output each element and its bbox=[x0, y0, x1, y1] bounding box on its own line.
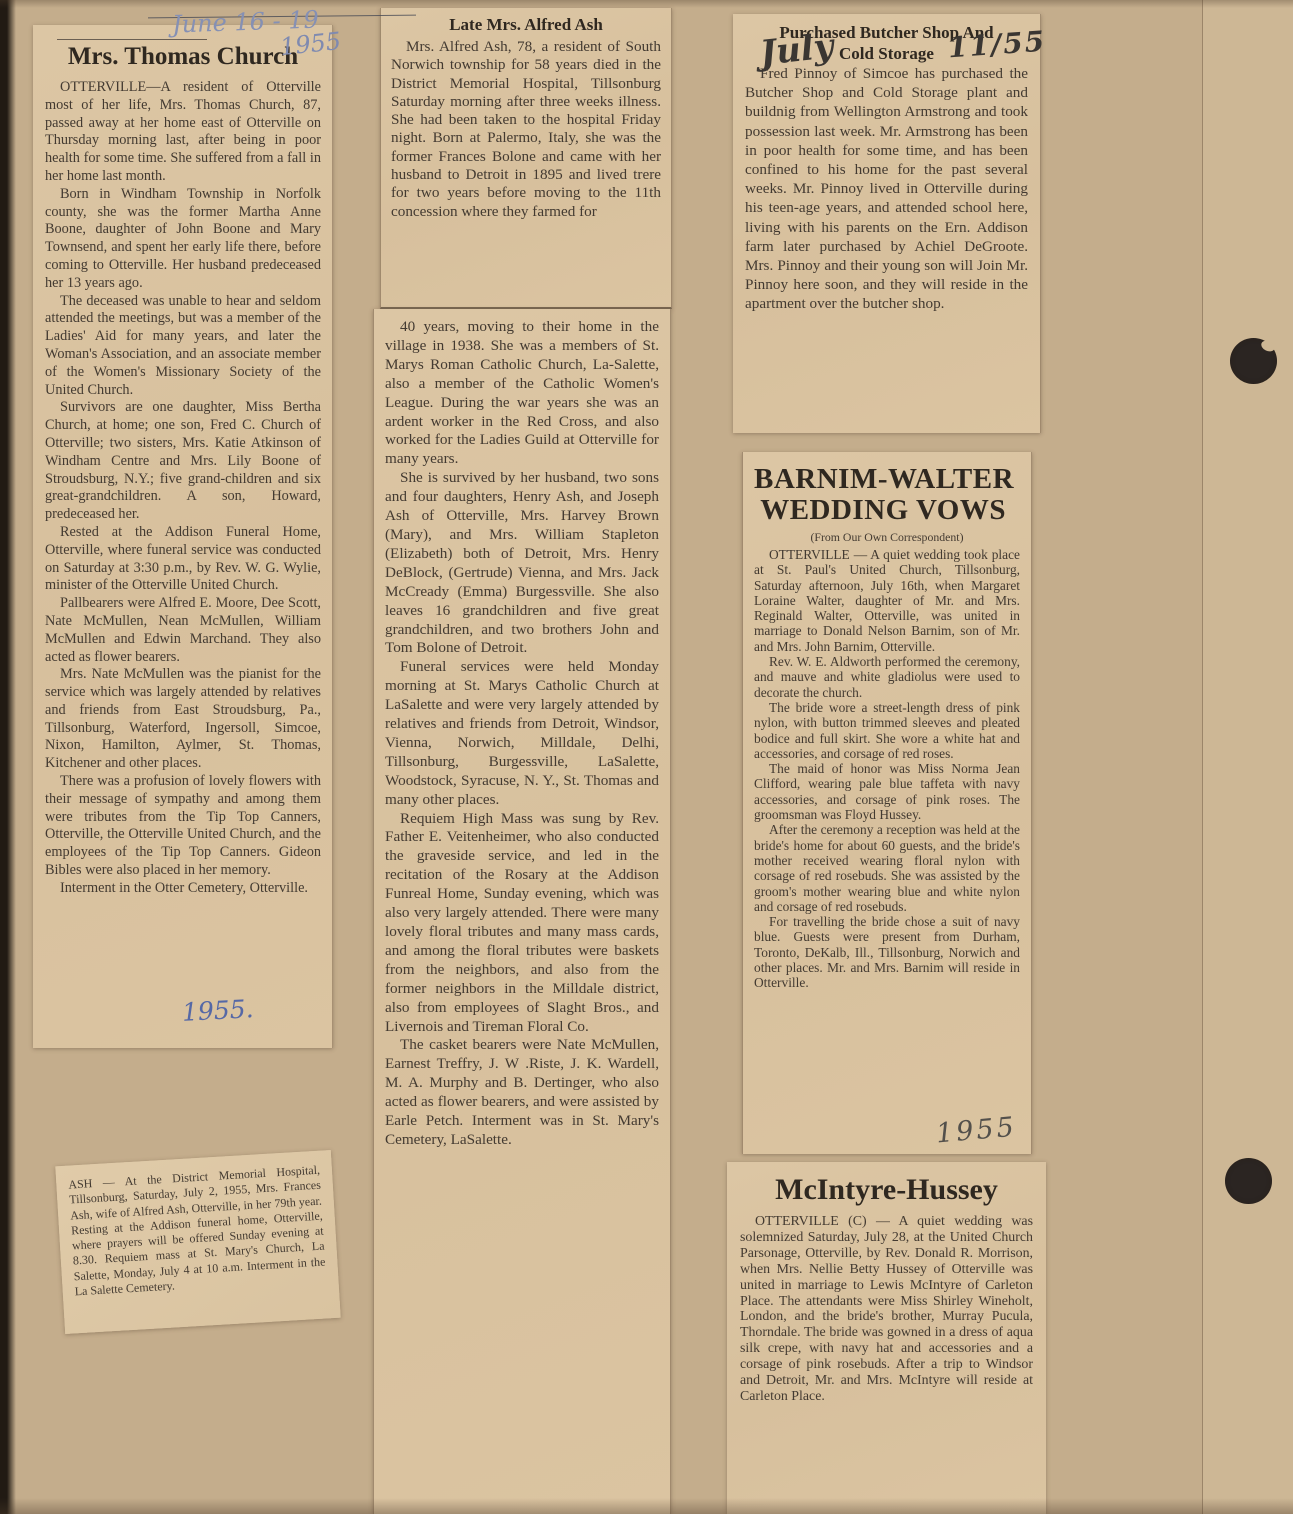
paragraph: The casket bearers were Nate McMullen, E… bbox=[385, 1036, 659, 1149]
paragraph: For travelling the bride chose a suit of… bbox=[754, 914, 1020, 990]
clipping-title-line2: WEDDING VOWS bbox=[754, 495, 1020, 526]
paragraph: Requiem High Mass was sung by Rev. Fathe… bbox=[385, 810, 659, 1037]
scrapbook-page: Mrs. Thomas Church OTTERVILLE—A resident… bbox=[0, 0, 1293, 1514]
clipping-late-mrs-alfred-ash-part2: 40 years, moving to their home in the vi… bbox=[373, 309, 671, 1514]
punch-hole-bottom bbox=[1225, 1158, 1272, 1204]
clipping-title: McIntyre-Hussey bbox=[740, 1172, 1033, 1208]
paragraph: OTTERVILLE—A resident of Otterville most… bbox=[45, 79, 321, 186]
punch-hole-top bbox=[1230, 338, 1277, 384]
paragraph: Funeral services were held Monday mornin… bbox=[385, 658, 659, 809]
paragraph: Survivors are one daughter, Miss Bertha … bbox=[45, 399, 321, 524]
pen-stroke bbox=[148, 15, 416, 19]
clipping-title: Mrs. Thomas Church bbox=[45, 42, 321, 72]
paragraph: She is survived by her husband, two sons… bbox=[385, 469, 659, 658]
clipping-title-line2: Cold Storage bbox=[745, 43, 1028, 64]
paragraph: Rested at the Addison Funeral Home, Otte… bbox=[45, 524, 321, 595]
paragraph: Interment in the Otter Cemetery, Ottervi… bbox=[45, 880, 321, 898]
paragraph: There was a profusion of lovely flowers … bbox=[45, 773, 321, 880]
clipping-late-mrs-alfred-ash-part1: Late Mrs. Alfred Ash Mrs. Alfred Ash, 78… bbox=[380, 8, 672, 309]
clipping-ash-funeral-notice: ASH — At the District Memorial Hospital,… bbox=[55, 1150, 340, 1334]
clipping-mrs-thomas-church: Mrs. Thomas Church OTTERVILLE—A resident… bbox=[33, 25, 333, 1048]
clipping-title: Late Mrs. Alfred Ash bbox=[391, 14, 661, 36]
paragraph: OTTERVILLE — A quiet wedding took place … bbox=[754, 547, 1020, 654]
paragraph: The maid of honor was Miss Norma Jean Cl… bbox=[754, 761, 1020, 822]
paragraph: ASH — At the District Memorial Hospital,… bbox=[68, 1163, 327, 1300]
headline-rule bbox=[57, 39, 207, 40]
clipping-mcintyre-hussey-wedding: McIntyre-Hussey OTTERVILLE (C) — A quiet… bbox=[727, 1162, 1046, 1514]
page-left-shadow-edge bbox=[0, 0, 16, 1514]
clipping-barnim-walter-wedding: BARNIM-WALTER WEDDING VOWS (From Our Own… bbox=[742, 452, 1032, 1154]
paragraph: OTTERVILLE (C) — A quiet wedding was sol… bbox=[740, 1214, 1033, 1405]
paragraph: Mrs. Nate McMullen was the pianist for t… bbox=[45, 666, 321, 773]
clipping-title-line1: BARNIM-WALTER bbox=[754, 464, 1020, 495]
paragraph: Fred Pinnoy of Simcoe has purchased the … bbox=[745, 64, 1028, 314]
page-right-margin-band bbox=[1202, 0, 1293, 1514]
clipping-purchased-butcher-shop: Purchased Butcher Shop And Cold Storage … bbox=[733, 14, 1041, 433]
paragraph: 40 years, moving to their home in the vi… bbox=[385, 318, 659, 469]
clipping-title-line1: Purchased Butcher Shop And bbox=[745, 22, 1028, 43]
paragraph: The bride wore a street-length dress of … bbox=[754, 700, 1020, 761]
paragraph: Pallbearers were Alfred E. Moore, Dee Sc… bbox=[45, 595, 321, 666]
paragraph: Mrs. Alfred Ash, 78, a resident of South… bbox=[391, 38, 661, 221]
paragraph: Rev. W. E. Aldworth performed the ceremo… bbox=[754, 654, 1020, 700]
paragraph: After the ceremony a reception was held … bbox=[754, 822, 1020, 914]
paragraph: Born in Windham Township in Norfolk coun… bbox=[45, 186, 321, 293]
clipping-byline: (From Our Own Correspondent) bbox=[754, 529, 1020, 545]
paragraph: The deceased was unable to hear and seld… bbox=[45, 293, 321, 400]
